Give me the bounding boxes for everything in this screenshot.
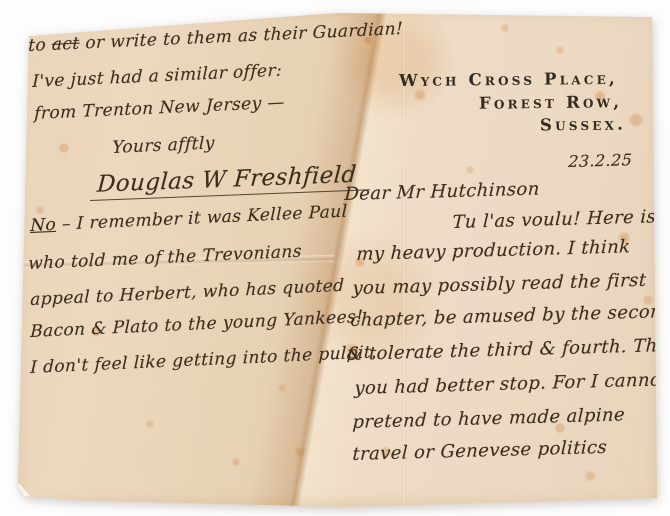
letter-date: 23.2.25 [568, 150, 633, 171]
left-line-1: to act or write to them as their Guardia… [28, 19, 403, 56]
letter-photo: to act or write to them as their Guardia… [0, 0, 670, 516]
signature: Douglas W Freshfield [90, 161, 371, 201]
left-line-2: I've just had a similar offer: [32, 61, 282, 92]
letter-paper: to act or write to them as their Guardia… [0, 0, 670, 516]
body-line-5: & tolerate the third & fourth. There [346, 334, 670, 365]
body-line-4: chapter, be amused by the second, [350, 301, 670, 331]
struck-word: act [52, 34, 80, 55]
salutation: Dear Mr Hutchinson [344, 179, 540, 205]
body-line-8: travel or Genevese politics [352, 437, 608, 465]
letterhead-line-3: Sussex. [540, 115, 626, 135]
folded-corner [18, 483, 33, 498]
left-line-3: from Trenton New Jersey — [34, 93, 285, 124]
left-line-8: appeal to Herbert, who has quoted [30, 276, 345, 310]
left-line-10: I don't feel like getting into the pulpi… [30, 342, 377, 378]
underlined-no: No [30, 215, 56, 236]
body-line-3: you may possibly read the first [352, 270, 647, 299]
body-line-2: my heavy production. I think [356, 236, 631, 265]
letterhead-line-1: Wych Cross Place, [399, 69, 618, 90]
left-line-6-rest: – I remember it was Kellee Paul [56, 202, 348, 235]
left-line-6: No – I remember it was Kellee Paul [30, 202, 348, 236]
left-line-1-post: or write to them as their Guardian! [79, 19, 403, 54]
paper-shadow-wrap: to act or write to them as their Guardia… [0, 0, 670, 516]
body-line-7: pretend to have made alpine [352, 404, 625, 433]
left-line-7: who told me of the Trevonians [28, 242, 302, 274]
left-line-9: Bacon & Plato to the young Yankees! [30, 307, 364, 342]
letterhead-line-2: Forest Row, [479, 92, 622, 112]
valediction: Yours afftly [112, 133, 215, 158]
body-line-1: Tu l'as voulu! Here is [452, 206, 657, 233]
left-line-1-pre: to [28, 35, 52, 56]
